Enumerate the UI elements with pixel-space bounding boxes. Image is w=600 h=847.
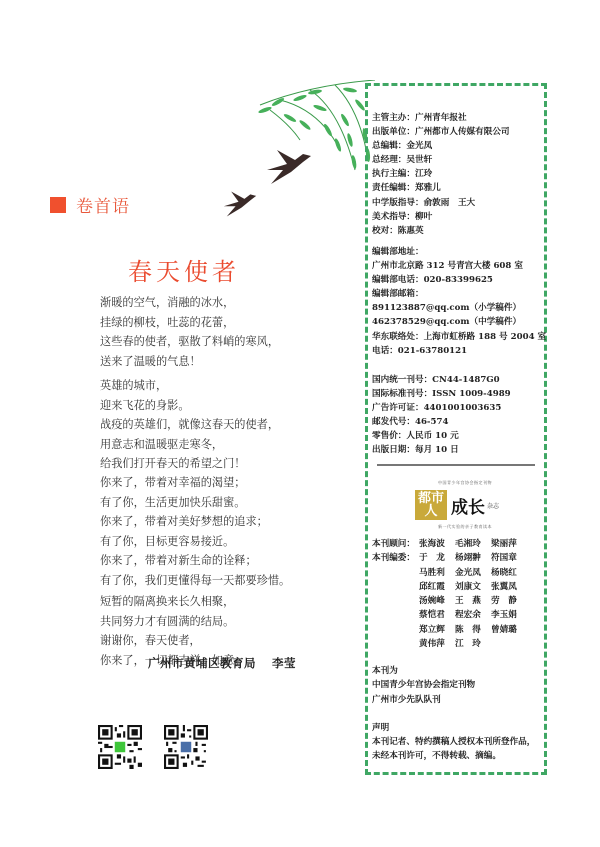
swallow-icon (222, 190, 258, 218)
qr-code-2[interactable] (164, 725, 208, 769)
poem-line: 这些春的使者，驱散了料峭的寒风， (100, 332, 279, 352)
editorial-row: 蔡恺君程宏余李玉娟 (372, 608, 527, 622)
author-name: 李莹 (272, 656, 296, 670)
editor-name: 杨晓红 (491, 566, 527, 580)
staff-line: 主管主办：广州青年报社 (372, 111, 510, 125)
editor-name: 于 龙 (419, 551, 455, 565)
editorial-row: 马胜利金光凤杨晓红 (372, 566, 527, 580)
editor-name: 郑立辉 (419, 623, 455, 637)
poem-line: 谢谢你，春天使者， (100, 631, 245, 651)
poem-line: 有了你，我们更懂得每一天都要珍惜。 (100, 571, 290, 591)
editor-name: 陈 得 (455, 623, 491, 637)
editor-name: 杨翊翀 (455, 551, 491, 565)
logo-gold-block: 都市人 (415, 490, 447, 520)
publication-line: 邮发代号：46-574 (372, 415, 511, 429)
logo-small-text: 杂志 (487, 501, 499, 510)
poem-line: 共同努力才有圆满的结局。 (100, 612, 245, 632)
poem-line: 英雄的城市， (100, 376, 279, 396)
contact-info: 编辑部地址： 广州市北京路 312 号青宫大楼 608 室 编辑部电话：020-… (372, 245, 546, 358)
designation-heading: 本刊为 (372, 664, 535, 678)
poem-line: 挂绿的柳枝，吐蕊的花蕾， (100, 313, 279, 333)
magazine-logo: 中国青少年宫协会指定刊物 都市人 成长 杂志 新一代实验的亲子教育读本 (415, 480, 515, 532)
editor-name: 张翼凤 (491, 580, 527, 594)
advisors-label: 本刊顾问： (372, 537, 419, 551)
email-line: 891123887@qq.com（小学稿件） (372, 301, 546, 315)
staff-line: 总经理：吴世轩 (372, 153, 510, 167)
editor-name: 刘康文 (455, 580, 491, 594)
poem-line: 你来了，带着对美好梦想的追求； (100, 512, 290, 532)
statement-line: 本刊记者、特约撰稿人授权本刊所登作品， (372, 735, 535, 749)
designation-line: 广州市少先队队刊 (372, 693, 535, 707)
poem-signature: 广州市黄埔区教育局李莹 (148, 655, 296, 671)
advisor-name: 毛湘玲 (455, 537, 491, 551)
editorial-row: 黄伟萍江 玲 (372, 637, 527, 651)
poem-line: 战疫的英雄们，就像这春天的使者， (100, 415, 279, 435)
staff-line: 总编辑：金光凤 (372, 139, 510, 153)
poem-line: 给我们打开春天的希望之门！ (100, 454, 279, 474)
section-tag: 卷首语 (50, 192, 130, 217)
designation-line: 中国青少年宫协会指定刊物 (372, 678, 535, 692)
email-line: 462378529@qq.com（中学稿件） (372, 315, 546, 329)
staff-line: 美术指导：柳叶 (372, 210, 510, 224)
swallow-icon (265, 148, 313, 186)
advisor-name: 梁丽萍 (491, 537, 527, 551)
logo-title: 成长 (451, 493, 485, 518)
poem-line: 有了你，目标更容易接近。 (100, 532, 290, 552)
notes: 本刊为 中国青少年宫协会指定刊物 广州市少先队队刊 声明 本刊记者、特约撰稿人授… (372, 664, 535, 764)
staff-line: 出版单位：广州都市人传媒有限公司 (372, 125, 510, 139)
editor-name: 邱红霞 (419, 580, 455, 594)
statement-heading: 声明 (372, 721, 535, 735)
poem-line: 你来了，带着对幸福的渴望； (100, 473, 290, 493)
author-org: 广州市黄埔区教育局 (148, 656, 256, 670)
section-square-icon (50, 197, 66, 213)
qr-code-1[interactable] (98, 725, 142, 769)
poem-line: 送来了温暖的气息！ (100, 352, 279, 372)
editor-name: 汤婉峰 (419, 594, 455, 608)
contact-line: 编辑部电话：020-83399625 (372, 273, 546, 287)
staff-list: 主管主办：广州青年报社 出版单位：广州都市人传媒有限公司 总编辑：金光凤 总经理… (372, 111, 510, 238)
editor-name: 金光凤 (455, 566, 491, 580)
editor-name: 蔡恺君 (419, 608, 455, 622)
publication-line: 广告许可证：4401001003635 (372, 401, 511, 415)
poem-line: 短暂的隔离换来长久相聚， (100, 592, 245, 612)
staff-line: 校对：陈惠英 (372, 224, 510, 238)
poem-line: 用意志和温暖驱走寒冬， (100, 435, 279, 455)
editorial-row: 汤婉峰王 燕劳 静 (372, 594, 527, 608)
poem-line: 你来了，带着对新生命的诠释； (100, 551, 290, 571)
publication-line: 国际标准刊号：ISSN 1009-4989 (372, 387, 511, 401)
editor-name: 王 燕 (455, 594, 491, 608)
qr-code-icon (98, 725, 142, 769)
editorial-label: 本刊编委： (372, 551, 419, 565)
statement-line: 未经本刊许可，不得转载、摘编。 (372, 749, 535, 763)
contact-line: 编辑部邮箱： (372, 287, 546, 301)
editor-name: 江 玲 (455, 637, 491, 651)
publication-info: 国内统一刊号：CN44-1487G0 国际标准刊号：ISSN 1009-4989… (372, 373, 511, 458)
editor-name: 程宏余 (455, 608, 491, 622)
editor-name: 符国章 (491, 551, 527, 565)
editor-name: 李玉娟 (491, 608, 527, 622)
contact-line: 电话：021-63780121 (372, 344, 546, 358)
staff-line: 执行主编：江玲 (372, 167, 510, 181)
poem-stanza: 渐暖的空气，消融的冰水， 挂绿的柳枝，吐蕊的花蕾， 这些春的使者，驱散了料峭的寒… (100, 293, 279, 371)
editor-name: 黄伟萍 (419, 637, 455, 651)
logo-bottom-text: 新一代实验的亲子教育读本 (415, 524, 515, 530)
section-label: 卷首语 (76, 192, 130, 217)
staff-line: 责任编辑：郑雅儿 (372, 181, 510, 195)
editorial-row: 郑立辉陈 得曾婧璐 (372, 623, 527, 637)
publication-line: 零售价：人民币 10 元 (372, 429, 511, 443)
publication-line: 出版日期：每月 10 日 (372, 443, 511, 457)
editor-name: 马胜利 (419, 566, 455, 580)
contact-line: 华东联络处：上海市虹桥路 188 号 2004 室 (372, 330, 546, 344)
advisor-name: 张海波 (419, 537, 455, 551)
qr-code-icon (164, 725, 208, 769)
publication-line: 国内统一刊号：CN44-1487G0 (372, 373, 511, 387)
contact-line: 广州市北京路 312 号青宫大楼 608 室 (372, 259, 546, 273)
poem-line: 有了你，生活更加快乐甜蜜。 (100, 493, 290, 513)
poem-line: 迎来飞花的身影。 (100, 396, 279, 416)
contact-line: 编辑部地址： (372, 245, 546, 259)
editorial-row: 邱红霞刘康文张翼凤 (372, 580, 527, 594)
advisors-row: 本刊顾问： 张海波毛湘玲梁丽萍 (372, 537, 527, 551)
poem-stanza: 英雄的城市， 迎来飞花的身影。 战疫的英雄们，就像这春天的使者， 用意志和温暖驱… (100, 376, 279, 474)
poem-line: 渐暖的空气，消融的冰水， (100, 293, 279, 313)
editors-list: 本刊顾问： 张海波毛湘玲梁丽萍 本刊编委： 于 龙杨翊翀符国章 马胜利金光凤杨晓… (372, 537, 527, 651)
divider (377, 464, 535, 466)
staff-line: 中学版指导：俞敦雨 王大 (372, 196, 510, 210)
poem-title: 春天使者 (128, 252, 240, 287)
editorial-row: 本刊编委： 于 龙杨翊翀符国章 (372, 551, 527, 565)
editor-name: 劳 静 (491, 594, 527, 608)
poem-stanza: 你来了，带着对幸福的渴望； 有了你，生活更加快乐甜蜜。 你来了，带着对美好梦想的… (100, 473, 290, 591)
editor-name: 曾婧璐 (491, 623, 527, 637)
